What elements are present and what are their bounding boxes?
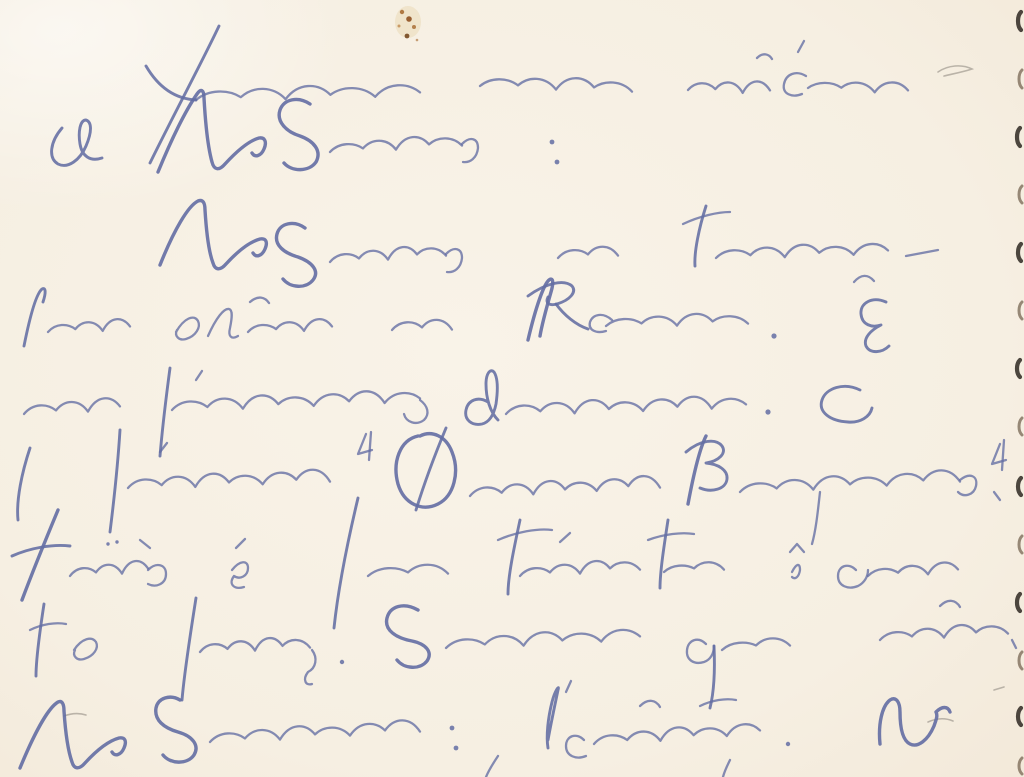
handwriting-artwork	[0, 0, 1024, 777]
handwritten-line-strokes	[146, 26, 908, 163]
binding-marks	[1017, 12, 1022, 774]
paper-stain	[395, 6, 421, 41]
handwritten-line-strokes	[160, 200, 938, 286]
pencil-smudges	[64, 66, 1004, 722]
handwritten-line-strokes	[18, 428, 1006, 544]
handwritten-line-strokes	[30, 598, 1016, 708]
handwritten-line-strokes	[20, 681, 950, 768]
scanned-page: Xerrem una mica de Na Silvia: Na Silvia …	[0, 0, 1024, 777]
handwritten-line-strokes	[24, 276, 889, 352]
handwritten-line-strokes	[52, 91, 560, 172]
cropped-next-line-strokes	[486, 756, 730, 777]
